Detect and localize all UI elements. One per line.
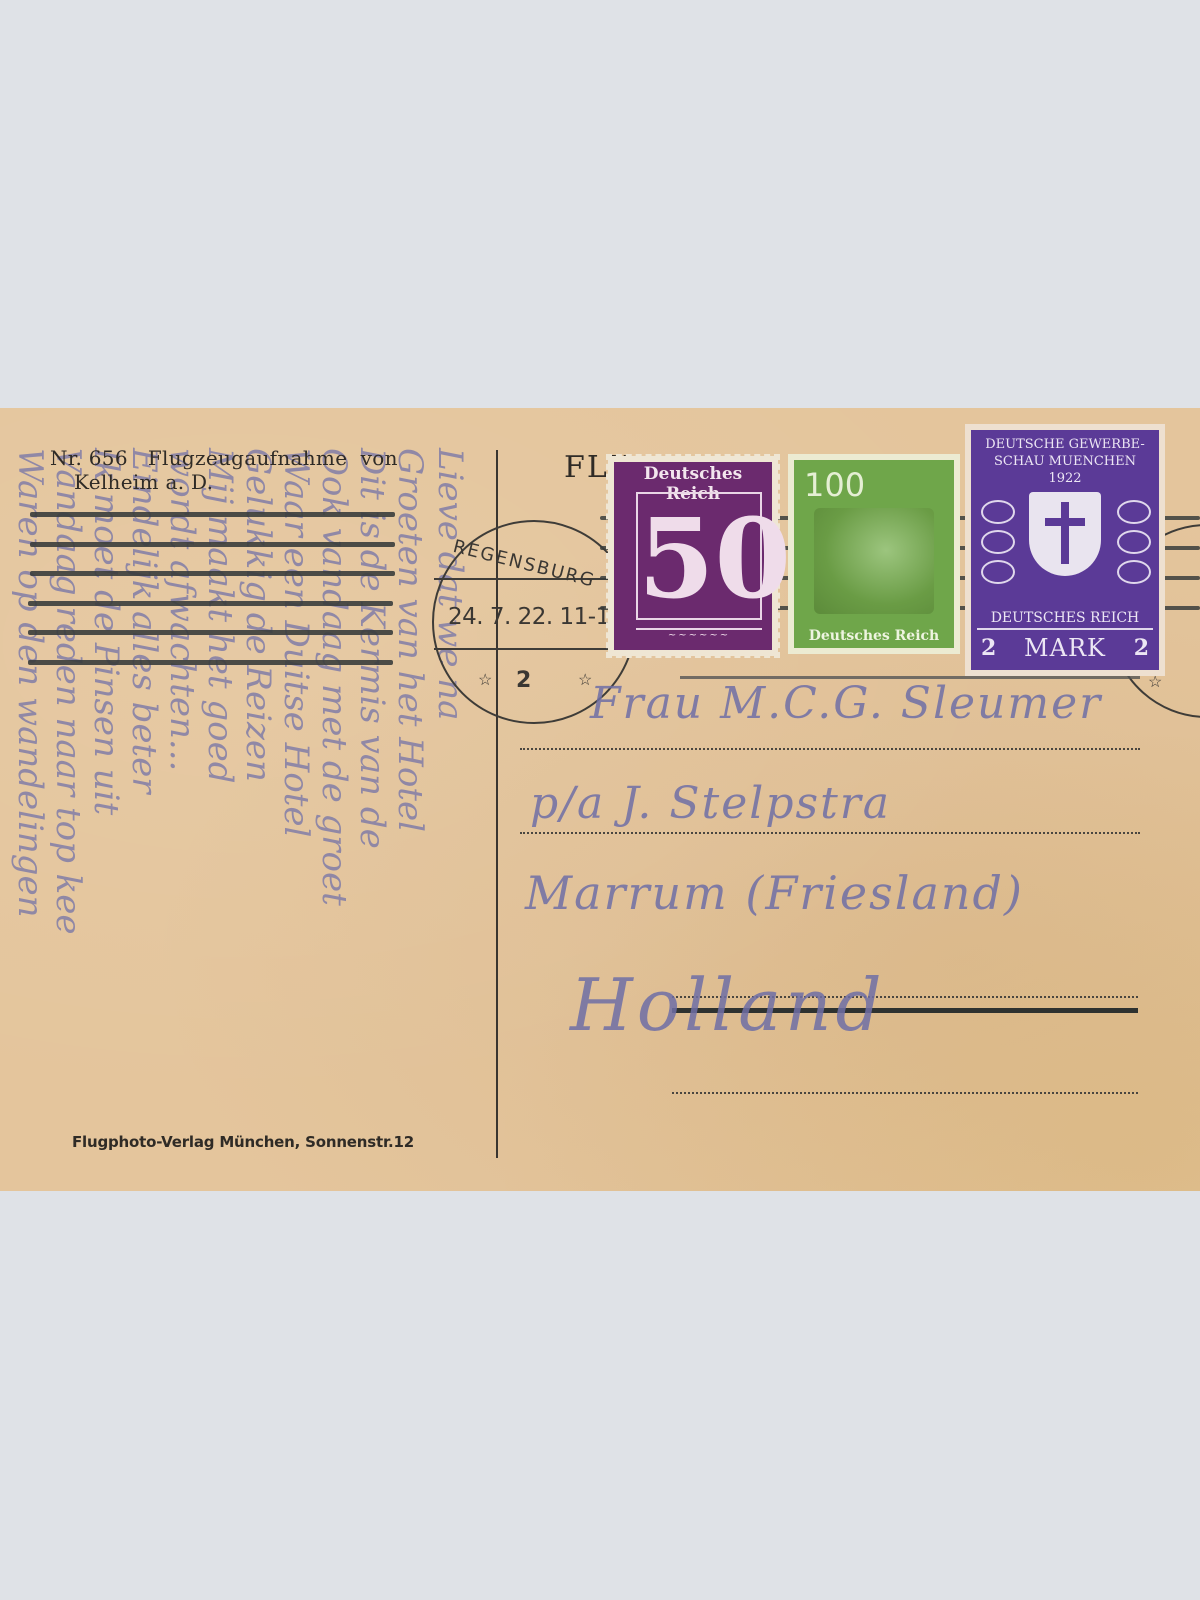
stamp-value: 50 [636,492,762,620]
message-line: Waren op den wandelingen [10,448,50,918]
ornament-icon [1117,500,1151,524]
message-line: Mij maakt het goed [200,448,240,784]
address-recipient: Frau M.C.G. Sleumer [590,678,1102,729]
cancel-bar [28,601,393,606]
address-town: Marrum (Friesland) [525,866,1024,920]
card-title: Nr. 656 Flugzeugaufnahme von [50,446,398,470]
cancel-bar [30,571,395,576]
message-line: Eindelijk alles beter [124,448,164,794]
message-line: Gelukkig de Reizen [238,448,278,782]
stamp-100-pfennig: 100 Deutsches Reich [788,454,960,654]
ornament-icon [981,530,1015,554]
postmark-bar [434,648,630,650]
blacksmith-figure-icon [814,508,934,614]
message-line: wordt afwachten... [162,448,202,771]
message-line: Groeten van het Hotel [390,448,430,832]
postmark-date: 24. 7. 22. 11-12 [448,604,624,630]
stamp-header: DEUTSCHE GEWERBE-SCHAU MUENCHEN 1922 [977,436,1153,487]
star-icon: ☆ [478,670,492,689]
address-care-of: p/a J. Stelpstra [530,778,891,829]
ornament-icon [981,500,1015,524]
address-country: Holland [570,963,886,1047]
handwritten-message: Waren op den wandelingen Vandaag reden n… [10,448,490,1168]
postmark-number: 2 [516,668,531,693]
card-subtitle: Kelheim a. D. [74,470,213,494]
cancel-bar [30,512,395,517]
munich-shield-icon [1029,492,1101,576]
postcard: Waren op den wandelingen Vandaag reden n… [0,408,1200,1191]
ornament-icon [1117,530,1151,554]
message-line: Waar een Duitse Hotel [276,448,316,837]
cancel-bar [28,630,393,635]
cancel-bar [28,660,393,665]
laurel-ornament-icon: ~~~~~~ [636,628,762,644]
address-rule-dotted [520,832,1140,834]
stamp-2-mark: DEUTSCHE GEWERBE-SCHAU MUENCHEN 1922 DEU… [965,424,1165,676]
ornament-icon [981,560,1015,584]
stamp-value-right: 2 [1134,635,1149,661]
cancel-bar [30,542,395,547]
stamp-footer: Deutsches Reich [794,628,954,644]
message-line: Vandaag reden naar top kee [48,448,88,935]
stamp-value: 100 [804,466,865,504]
message-line: Dit is de Kermis van de [352,448,392,849]
address-rule-dotted [672,1092,1138,1094]
address-rule-dotted [520,748,1140,750]
stamp-value-row: 2 MARK 2 [977,628,1153,666]
stamp-value-left: 2 [981,635,996,661]
publisher-imprint: Flugphoto-Verlag München, Sonnenstr.12 [72,1133,414,1151]
stamp-50-pfennig: Deutsches Reich 50 ~~~~~~ [608,456,778,656]
ornament-icon [1117,560,1151,584]
stamp-value-label: MARK [1024,634,1106,662]
stamp-footer: DEUTSCHES REICH [971,610,1159,626]
